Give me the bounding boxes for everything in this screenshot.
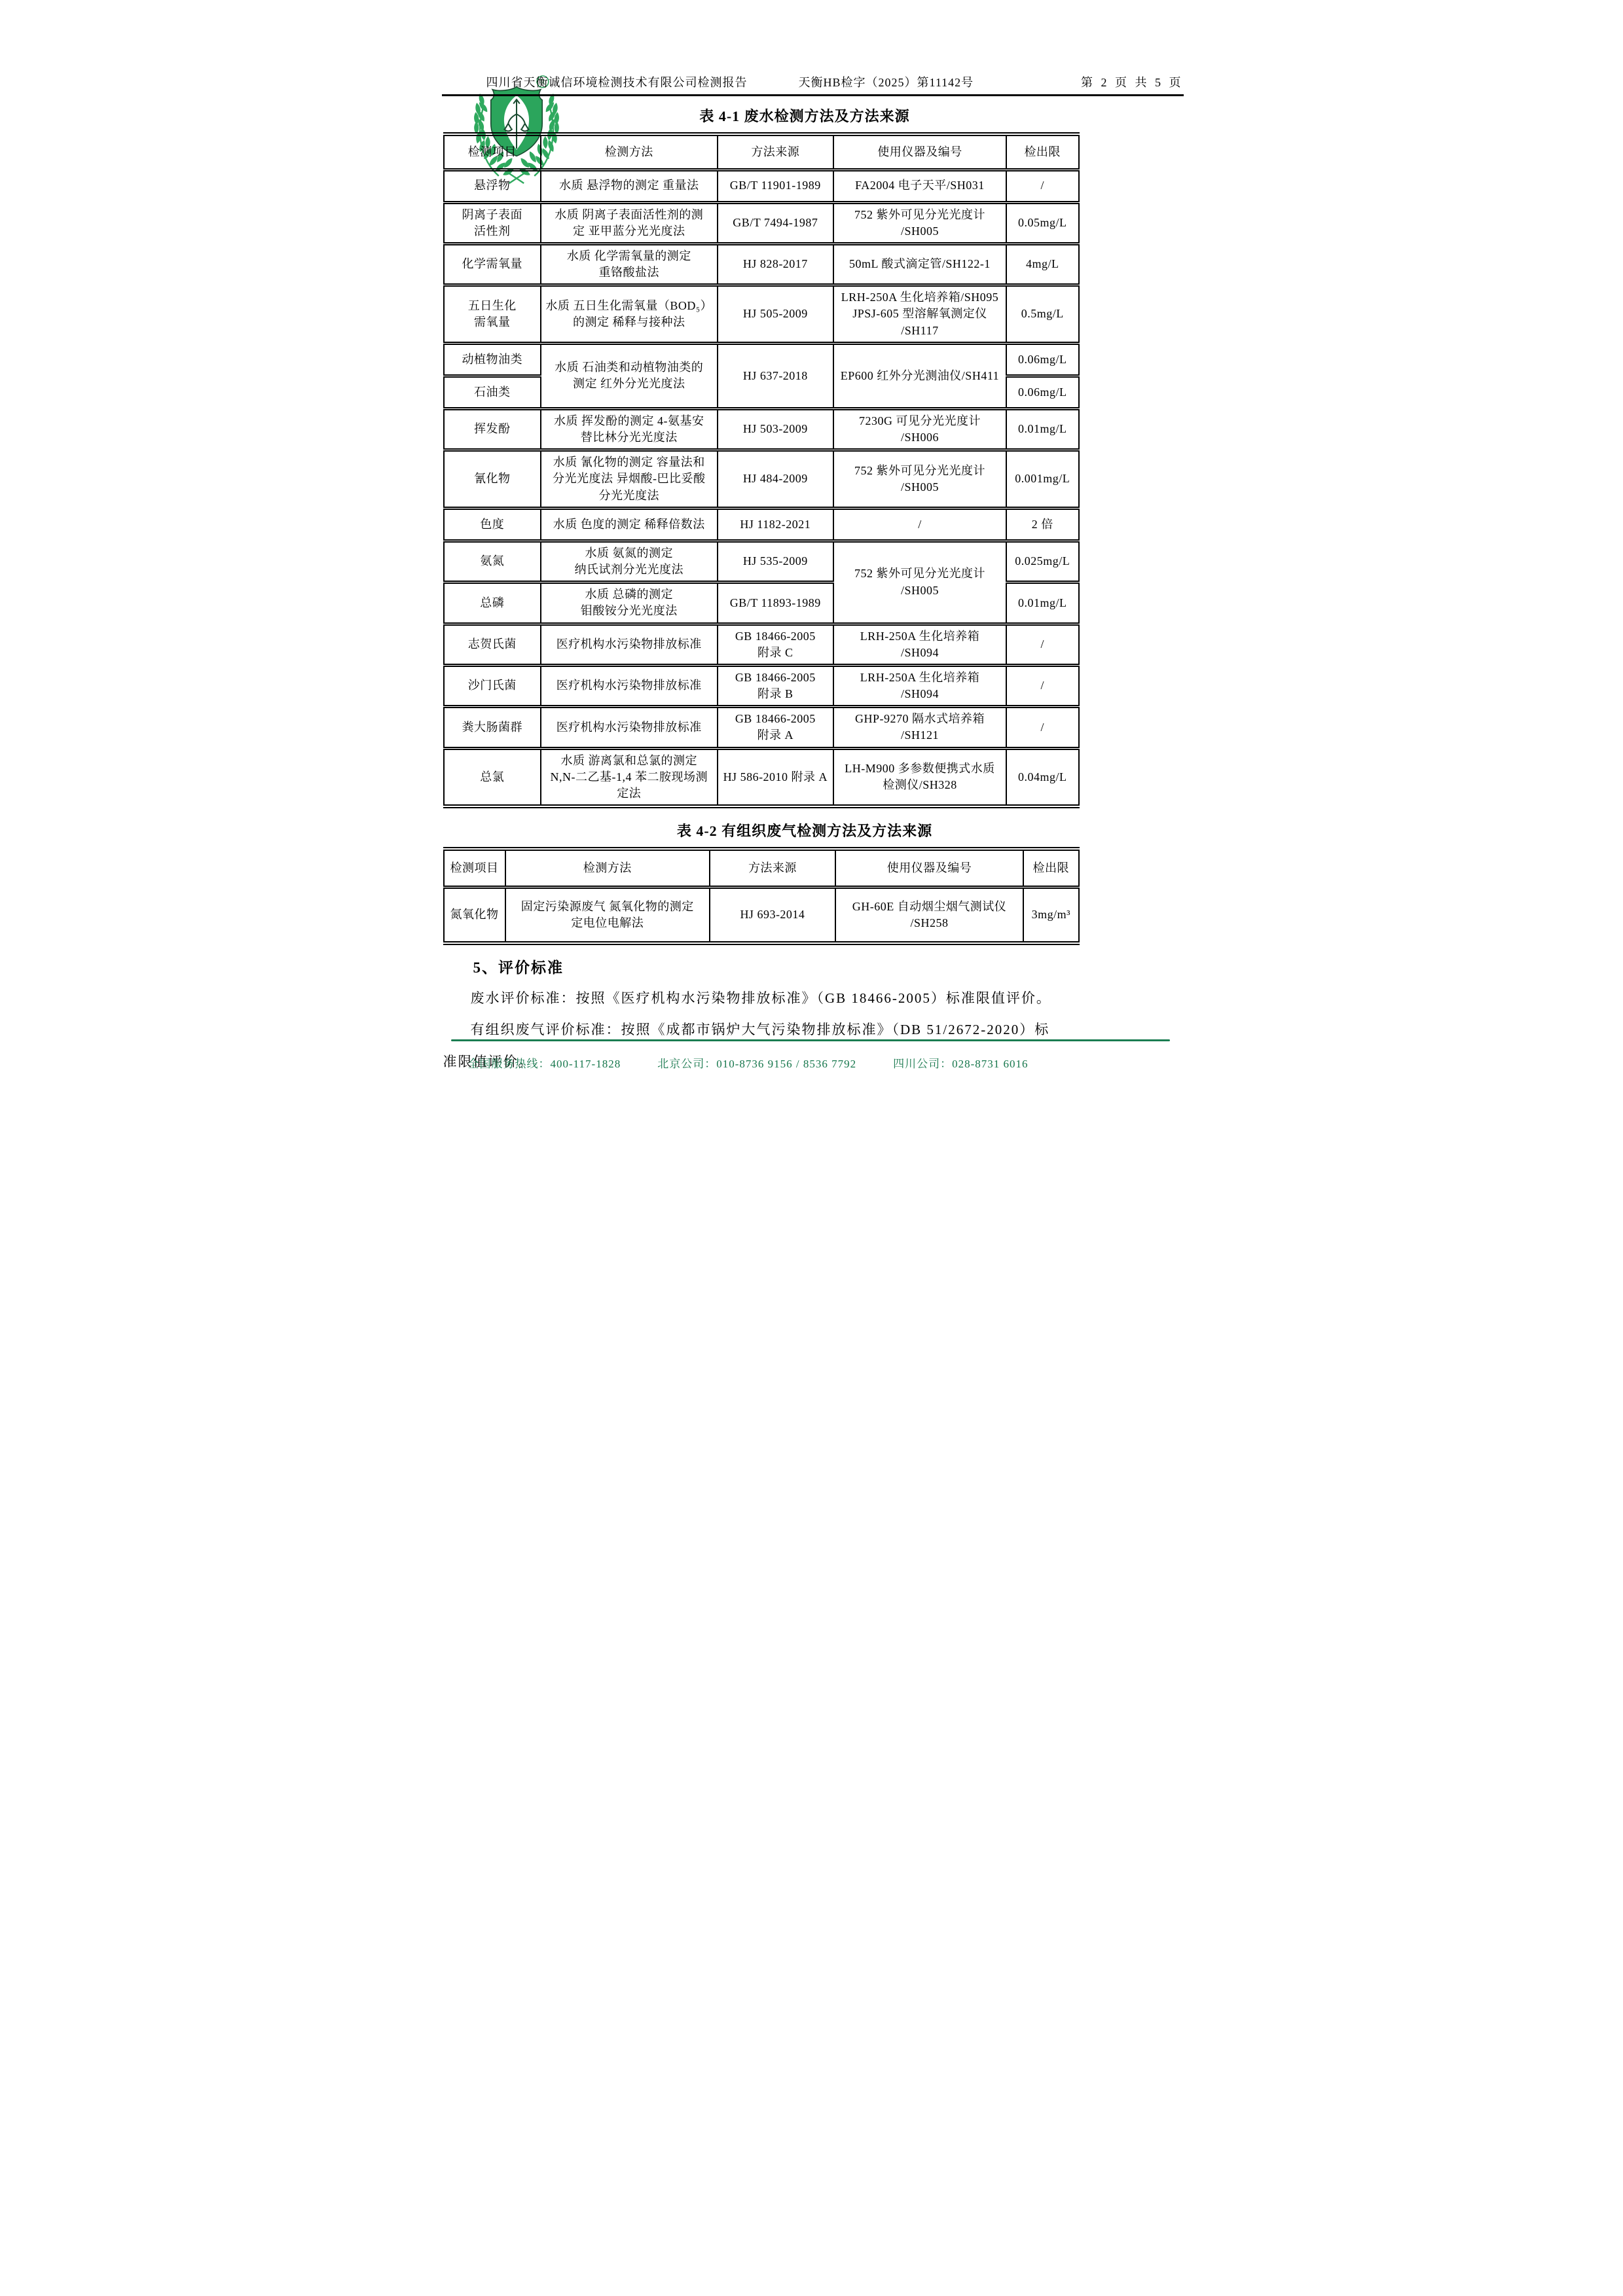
- table2-title: 表 4-2 有组织废气检测方法及方法来源: [443, 820, 1167, 840]
- table-cell: GB 18466-2005 附录 B: [718, 665, 834, 706]
- table-cell: 水质 色度的测定 稀释倍数法: [541, 508, 718, 541]
- table-cell: 0.5mg/L: [1006, 285, 1079, 344]
- table-cell: HJ 503-2009: [718, 408, 834, 450]
- report-page: R 四川省天衡诚信环境检测技术有限公司检测报告 天衡HB检字（2025）第111…: [406, 0, 1218, 1148]
- table-row: 悬浮物水质 悬浮物的测定 重量法GB/T 11901-1989FA2004 电子…: [444, 170, 1079, 202]
- table-cell: 水质 五日生化需氧量（BOD₅） 的测定 稀释与接种法: [541, 285, 718, 344]
- table-cell: 752 紫外可见分光光度计 /SH005: [833, 450, 1006, 509]
- table-cell: 0.05mg/L: [1006, 202, 1079, 243]
- table-cell: 医疗机构水污染物排放标准: [541, 624, 718, 665]
- table-cell: 0.04mg/L: [1006, 748, 1079, 806]
- table-cell: 0.001mg/L: [1006, 450, 1079, 509]
- table-cell: 固定污染源废气 氮氧化物的测定 定电位电解法: [505, 887, 710, 943]
- table-cell: HJ 693-2014: [710, 887, 835, 943]
- table-header-row: 检测项目检测方法方法来源使用仪器及编号检出限: [444, 134, 1079, 170]
- table-cell: 志贺氏菌: [444, 624, 541, 665]
- footer-rule: [451, 1039, 1170, 1041]
- wastewater-standard-paragraph: 废水评价标准：按照《医疗机构水污染物排放标准》（GB 18466-2005）标准…: [443, 982, 1124, 1014]
- table-header-row: 检测项目检测方法方法来源使用仪器及编号检出限: [444, 849, 1079, 887]
- table-cell: 化学需氧量: [444, 243, 541, 285]
- table-cell: 752 紫外可见分光光度计 /SH005: [833, 541, 1006, 624]
- table-cell: /: [833, 508, 1006, 541]
- column-header: 检测项目: [444, 849, 505, 887]
- table-cell: 水质 石油类和动植物油类的 测定 红外分光光度法: [541, 343, 718, 408]
- table-cell: 水质 挥发酚的测定 4-氨基安 替比林分光光度法: [541, 408, 718, 450]
- table-cell: GB/T 11901-1989: [718, 170, 834, 202]
- table1-title: 表 4-1 废水检测方法及方法来源: [443, 105, 1167, 126]
- table-row: 色度水质 色度的测定 稀释倍数法HJ 1182-2021/2 倍: [444, 508, 1079, 541]
- table-cell: GB 18466-2005 附录 A: [718, 707, 834, 748]
- table-cell: 水质 游离氯和总氯的测定 N,N-二乙基-1,4 苯二胺现场测 定法: [541, 748, 718, 806]
- column-header: 检测方法: [505, 849, 710, 887]
- header-company-title: 四川省天衡诚信环境检测技术有限公司检测报告: [486, 73, 748, 90]
- table-row: 化学需氧量水质 化学需氧量的测定 重铬酸盐法HJ 828-201750mL 酸式…: [444, 243, 1079, 285]
- wastewater-methods-table: 检测项目检测方法方法来源使用仪器及编号检出限 悬浮物水质 悬浮物的测定 重量法G…: [443, 132, 1080, 808]
- column-header: 检出限: [1023, 849, 1078, 887]
- table-cell: 752 紫外可见分光光度计 /SH005: [833, 202, 1006, 243]
- table-cell: HJ 586-2010 附录 A: [718, 748, 834, 806]
- table-cell: 水质 悬浮物的测定 重量法: [541, 170, 718, 202]
- table-row: 阴离子表面 活性剂水质 阴离子表面活性剂的测 定 亚甲蓝分光光度法GB/T 74…: [444, 202, 1079, 243]
- table-cell: /: [1006, 707, 1079, 748]
- table-cell: 2 倍: [1006, 508, 1079, 541]
- header-page-info: 第 2 页 共 5 页: [1081, 73, 1184, 90]
- table-cell: 0.01mg/L: [1006, 583, 1079, 624]
- table-cell: EP600 红外分光测油仪/SH411: [833, 343, 1006, 408]
- footer-hotline: 全国服务热线：400-117-1828: [468, 1054, 621, 1071]
- column-header: 检出限: [1006, 134, 1079, 170]
- table-row: 氰化物水质 氰化物的测定 容量法和 分光光度法 异烟酸-巴比妥酸 分光光度法HJ…: [444, 450, 1079, 509]
- table-cell: FA2004 电子天平/SH031: [833, 170, 1006, 202]
- column-header: 检测项目: [444, 134, 541, 170]
- column-header: 使用仪器及编号: [833, 134, 1006, 170]
- table-row: 沙门氏菌医疗机构水污染物排放标准GB 18466-2005 附录 BLRH-25…: [444, 665, 1079, 706]
- column-header: 方法来源: [718, 134, 834, 170]
- table-cell: /: [1006, 170, 1079, 202]
- table-cell: 4mg/L: [1006, 243, 1079, 285]
- table-cell: GB/T 7494-1987: [718, 202, 834, 243]
- table-cell: GB 18466-2005 附录 C: [718, 624, 834, 665]
- report-content: 表 4-1 废水检测方法及方法来源 检测项目检测方法方法来源使用仪器及编号检出限…: [406, 105, 1218, 1077]
- column-header: 方法来源: [710, 849, 835, 887]
- footer-beijing-phone: 北京公司：010-8736 9156 / 8536 7792: [657, 1054, 856, 1071]
- table-cell: 水质 总磷的测定 钼酸铵分光光度法: [541, 583, 718, 624]
- table-cell: GH-60E 自动烟尘烟气测试仪 /SH258: [835, 887, 1023, 943]
- table-row: 动植物油类水质 石油类和动植物油类的 测定 红外分光光度法HJ 637-2018…: [444, 343, 1079, 376]
- table-row: 总氯水质 游离氯和总氯的测定 N,N-二乙基-1,4 苯二胺现场测 定法HJ 5…: [444, 748, 1079, 806]
- table-cell: 医疗机构水污染物排放标准: [541, 665, 718, 706]
- table-cell: 粪大肠菌群: [444, 707, 541, 748]
- table-cell: 氮氧化物: [444, 887, 505, 943]
- table-cell: 总氯: [444, 748, 541, 806]
- footer-sichuan-phone: 四川公司：028-8731 6016: [893, 1054, 1028, 1071]
- column-header: 检测方法: [541, 134, 718, 170]
- column-header: 使用仪器及编号: [835, 849, 1023, 887]
- table-cell: LRH-250A 生化培养箱/SH095 JPSJ-605 型溶解氧测定仪 /S…: [833, 285, 1006, 344]
- header-rule: [442, 94, 1184, 96]
- table-cell: HJ 484-2009: [718, 450, 834, 509]
- table-cell: HJ 828-2017: [718, 243, 834, 285]
- page-footer: 全国服务热线：400-117-1828 北京公司：010-8736 9156 /…: [451, 1039, 1170, 1071]
- table-cell: 医疗机构水污染物排放标准: [541, 707, 718, 748]
- table-row: 氨氮水质 氨氮的测定 纳氏试剂分光光度法HJ 535-2009752 紫外可见分…: [444, 541, 1079, 582]
- header-report-no: 天衡HB检字（2025）第11142号: [799, 73, 974, 90]
- table-cell: LRH-250A 生化培养箱 /SH094: [833, 624, 1006, 665]
- table-cell: HJ 535-2009: [718, 541, 834, 582]
- table-cell: 水质 氨氮的测定 纳氏试剂分光光度法: [541, 541, 718, 582]
- table-row: 氮氧化物固定污染源废气 氮氧化物的测定 定电位电解法HJ 693-2014GH-…: [444, 887, 1079, 943]
- table-row: 挥发酚水质 挥发酚的测定 4-氨基安 替比林分光光度法HJ 503-200972…: [444, 408, 1079, 450]
- table-cell: 氰化物: [444, 450, 541, 509]
- table-cell: 0.06mg/L: [1006, 376, 1079, 408]
- table-cell: 石油类: [444, 376, 541, 408]
- table-cell: GHP-9270 隔水式培养箱 /SH121: [833, 707, 1006, 748]
- table-row: 粪大肠菌群医疗机构水污染物排放标准GB 18466-2005 附录 AGHP-9…: [444, 707, 1079, 748]
- table-cell: LH-M900 多参数便携式水质 检测仪/SH328: [833, 748, 1006, 806]
- table-cell: 沙门氏菌: [444, 665, 541, 706]
- table-cell: 五日生化 需氧量: [444, 285, 541, 344]
- table-cell: 氨氮: [444, 541, 541, 582]
- table-cell: 水质 阴离子表面活性剂的测 定 亚甲蓝分光光度法: [541, 202, 718, 243]
- table-cell: 0.025mg/L: [1006, 541, 1079, 582]
- table-row: 志贺氏菌医疗机构水污染物排放标准GB 18466-2005 附录 CLRH-25…: [444, 624, 1079, 665]
- table-cell: /: [1006, 665, 1079, 706]
- table-cell: HJ 1182-2021: [718, 508, 834, 541]
- table-cell: 50mL 酸式滴定管/SH122-1: [833, 243, 1006, 285]
- table-cell: LRH-250A 生化培养箱 /SH094: [833, 665, 1006, 706]
- table-cell: 挥发酚: [444, 408, 541, 450]
- table-cell: 水质 氰化物的测定 容量法和 分光光度法 异烟酸-巴比妥酸 分光光度法: [541, 450, 718, 509]
- table-cell: HJ 637-2018: [718, 343, 834, 408]
- table-cell: 色度: [444, 508, 541, 541]
- table-cell: 总磷: [444, 583, 541, 624]
- gas-methods-table: 检测项目检测方法方法来源使用仪器及编号检出限 氮氧化物固定污染源废气 氮氧化物的…: [443, 847, 1080, 945]
- table-cell: 水质 化学需氧量的测定 重铬酸盐法: [541, 243, 718, 285]
- page-header: 四川省天衡诚信环境检测技术有限公司检测报告 天衡HB检字（2025）第11142…: [406, 0, 1218, 94]
- table-cell: /: [1006, 624, 1079, 665]
- table-cell: 7230G 可见分光光度计 /SH006: [833, 408, 1006, 450]
- table-cell: 悬浮物: [444, 170, 541, 202]
- table-cell: HJ 505-2009: [718, 285, 834, 344]
- table-cell: 3mg/m³: [1023, 887, 1078, 943]
- table-cell: 0.06mg/L: [1006, 343, 1079, 376]
- section5-heading: 5、评价标准: [473, 956, 1167, 977]
- table-cell: 0.01mg/L: [1006, 408, 1079, 450]
- table-cell: GB/T 11893-1989: [718, 583, 834, 624]
- table-cell: 动植物油类: [444, 343, 541, 376]
- table-cell: 阴离子表面 活性剂: [444, 202, 541, 243]
- table-row: 五日生化 需氧量水质 五日生化需氧量（BOD₅） 的测定 稀释与接种法HJ 50…: [444, 285, 1079, 344]
